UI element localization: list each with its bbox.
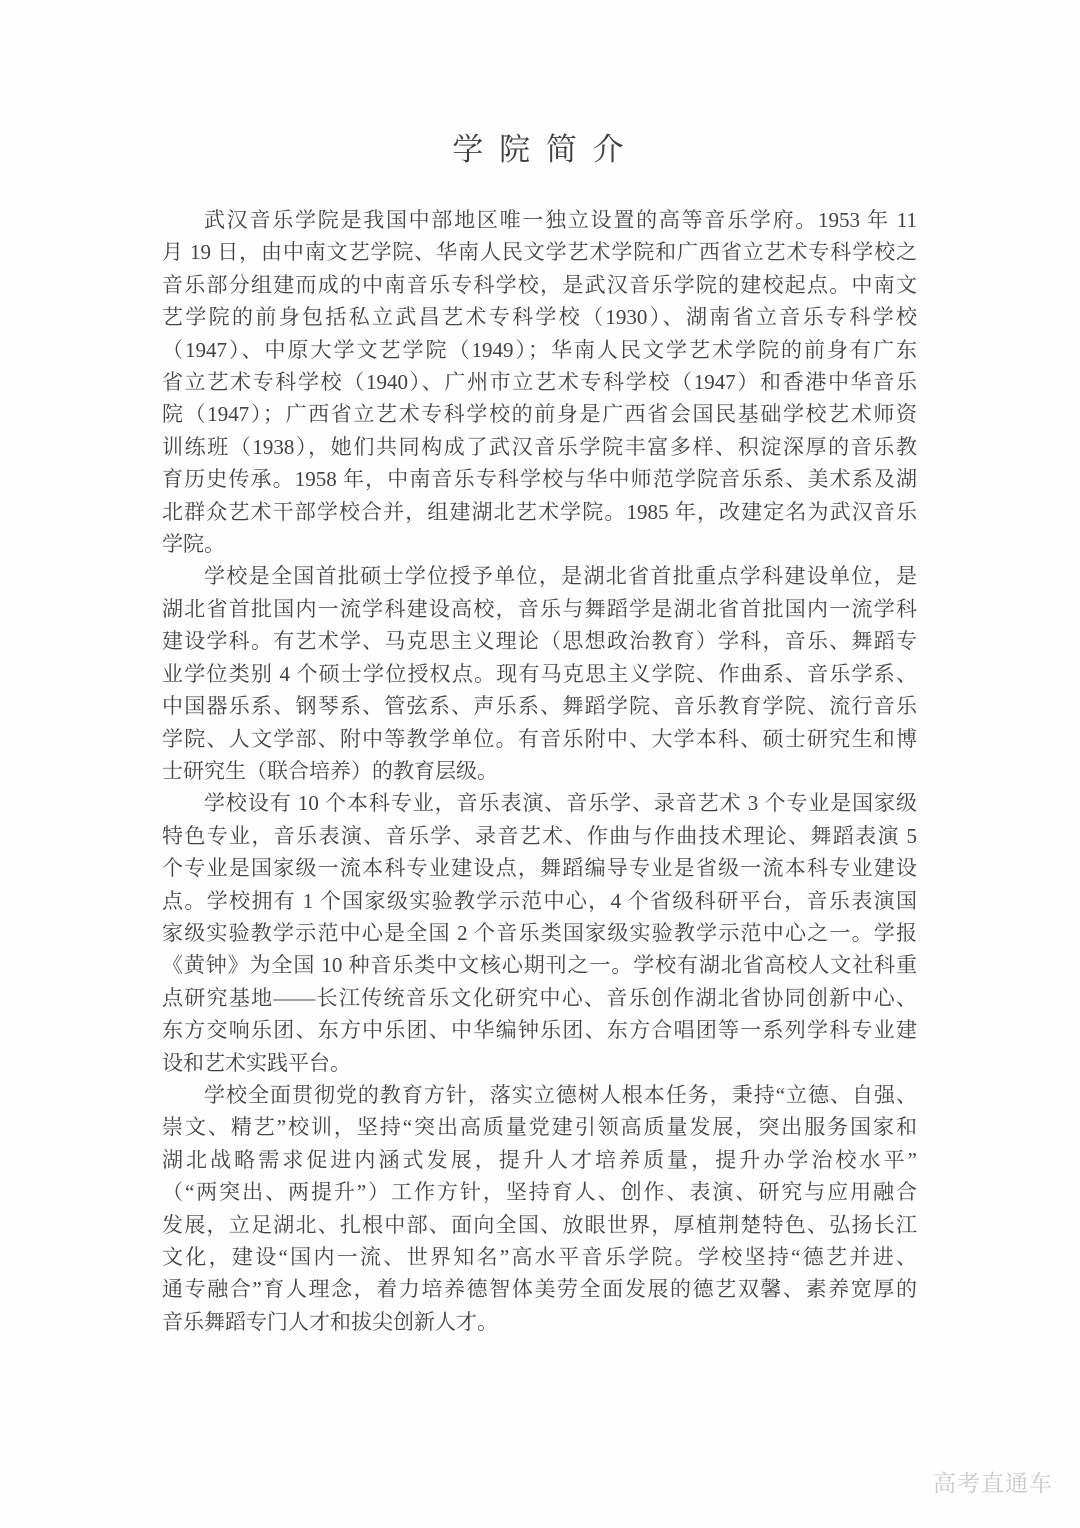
- text-line: 建设学科。有艺术学、马克思主义理论（思想政治教育）学科，音乐、舞蹈专: [162, 625, 917, 657]
- text-line: 崇文、精艺”校训，坚持“突出高质量党建引领高质量发展，突出服务国家和: [162, 1111, 917, 1143]
- text-line: 院（1947）；广西省立艺术专科学校的前身是广西省会国民基础学校艺术师资: [162, 398, 917, 430]
- watermark: 高考直通车: [933, 1465, 1053, 1498]
- paragraph: 武汉音乐学院是我国中部地区唯一独立设置的高等音乐学府。1953 年 11月 19…: [162, 204, 917, 560]
- text-line: 家级实验教学示范中心是全国 2 个音乐类国家级实验教学示范中心之一。学报: [162, 917, 917, 949]
- text-line: 湖北战略需求促进内涵式发展，提升人才培养质量，提升办学治校水平”: [162, 1144, 917, 1176]
- text-line: 学校设有 10 个本科专业，音乐表演、音乐学、录音艺术 3 个专业是国家级: [162, 787, 917, 819]
- text-line: 个专业是国家级一流本科专业建设点，舞蹈编导专业是省级一流本科专业建设: [162, 852, 917, 884]
- text-line: 北群众艺术干部学校合并，组建湖北艺术学院。1985 年，改建定名为武汉音乐: [162, 496, 917, 528]
- text-line: 发展，立足湖北、扎根中部、面向全国、放眼世界，厚植荆楚特色、弘扬长江: [162, 1209, 917, 1241]
- text-line: （1947）、中原大学文艺学院（1949）；华南人民文学艺术学院的前身有广东: [162, 334, 917, 366]
- text-line: 东方交响乐团、东方中乐团、中华编钟乐团、东方合唱团等一系列学科专业建: [162, 1014, 917, 1046]
- text-line: 《黄钟》为全国 10 种音乐类中文核心期刊之一。学校有湖北省高校人文社科重: [162, 949, 917, 981]
- text-line: 艺学院的前身包括私立武昌艺术专科学校（1930）、湖南省立音乐专科学校: [162, 301, 917, 333]
- text-line: 学院、人文学部、附中等教学单位。有音乐附中、大学本科、硕士研究生和博: [162, 723, 917, 755]
- text-line: 文化，建设“国内一流、世界知名”高水平音乐学院。学校坚持“德艺并进、: [162, 1241, 917, 1273]
- text-line: 士研究生（联合培养）的教育层级。: [162, 755, 917, 787]
- text-line: 中国器乐系、钢琴系、管弦系、声乐系、舞蹈学院、音乐教育学院、流行音乐: [162, 690, 917, 722]
- text-line: 设和艺术实践平台。: [162, 1047, 917, 1079]
- text-line: 湖北省首批国内一流学科建设高校，音乐与舞蹈学是湖北省首批国内一流学科: [162, 593, 917, 625]
- text-line: 育历史传承。1958 年，中南音乐专科学校与华中师范学院音乐系、美术系及湖: [162, 463, 917, 495]
- text-line: 点研究基地——长江传统音乐文化研究中心、音乐创作湖北省协同创新中心、: [162, 982, 917, 1014]
- document-page: 学 院 简 介 武汉音乐学院是我国中部地区唯一独立设置的高等音乐学府。1953 …: [0, 0, 1080, 1528]
- text-line: 训练班（1938），她们共同构成了武汉音乐学院丰富多样、积淀深厚的音乐教: [162, 431, 917, 463]
- page-title: 学 院 简 介: [0, 124, 1080, 169]
- text-line: 特色专业，音乐表演、音乐学、录音艺术、作曲与作曲技术理论、舞蹈表演 5: [162, 820, 917, 852]
- paragraph: 学校是全国首批硕士学位授予单位，是湖北省首批重点学科建设单位，是湖北省首批国内一…: [162, 560, 917, 787]
- document-body: 武汉音乐学院是我国中部地区唯一独立设置的高等音乐学府。1953 年 11月 19…: [162, 204, 917, 1338]
- paragraph: 学校设有 10 个本科专业，音乐表演、音乐学、录音艺术 3 个专业是国家级特色专…: [162, 787, 917, 1079]
- text-line: 月 19 日，由中南文艺学院、华南人民文学艺术学院和广西省立艺术专科学校之: [162, 236, 917, 268]
- text-line: （“两突出、两提升”）工作方针，坚持育人、创作、表演、研究与应用融合: [162, 1176, 917, 1208]
- text-line: 音乐部分组建而成的中南音乐专科学校，是武汉音乐学院的建校起点。中南文: [162, 269, 917, 301]
- text-line: 学校是全国首批硕士学位授予单位，是湖北省首批重点学科建设单位，是: [162, 560, 917, 592]
- text-line: 音乐舞蹈专门人才和拔尖创新人才。: [162, 1306, 917, 1338]
- text-line: 武汉音乐学院是我国中部地区唯一独立设置的高等音乐学府。1953 年 11: [162, 204, 917, 236]
- text-line: 业学位类别 4 个硕士学位授权点。现有马克思主义学院、作曲系、音乐学系、: [162, 658, 917, 690]
- text-line: 通专融合”育人理念，着力培养德智体美劳全面发展的德艺双馨、素养宽厚的: [162, 1273, 917, 1305]
- text-line: 学校全面贯彻党的教育方针，落实立德树人根本任务，秉持“立德、自强、: [162, 1079, 917, 1111]
- paragraph: 学校全面贯彻党的教育方针，落实立德树人根本任务，秉持“立德、自强、崇文、精艺”校…: [162, 1079, 917, 1338]
- text-line: 学院。: [162, 528, 917, 560]
- text-line: 省立艺术专科学校（1940）、广州市立艺术专科学校（1947）和香港中华音乐: [162, 366, 917, 398]
- text-line: 点。学校拥有 1 个国家级实验教学示范中心，4 个省级科研平台，音乐表演国: [162, 885, 917, 917]
